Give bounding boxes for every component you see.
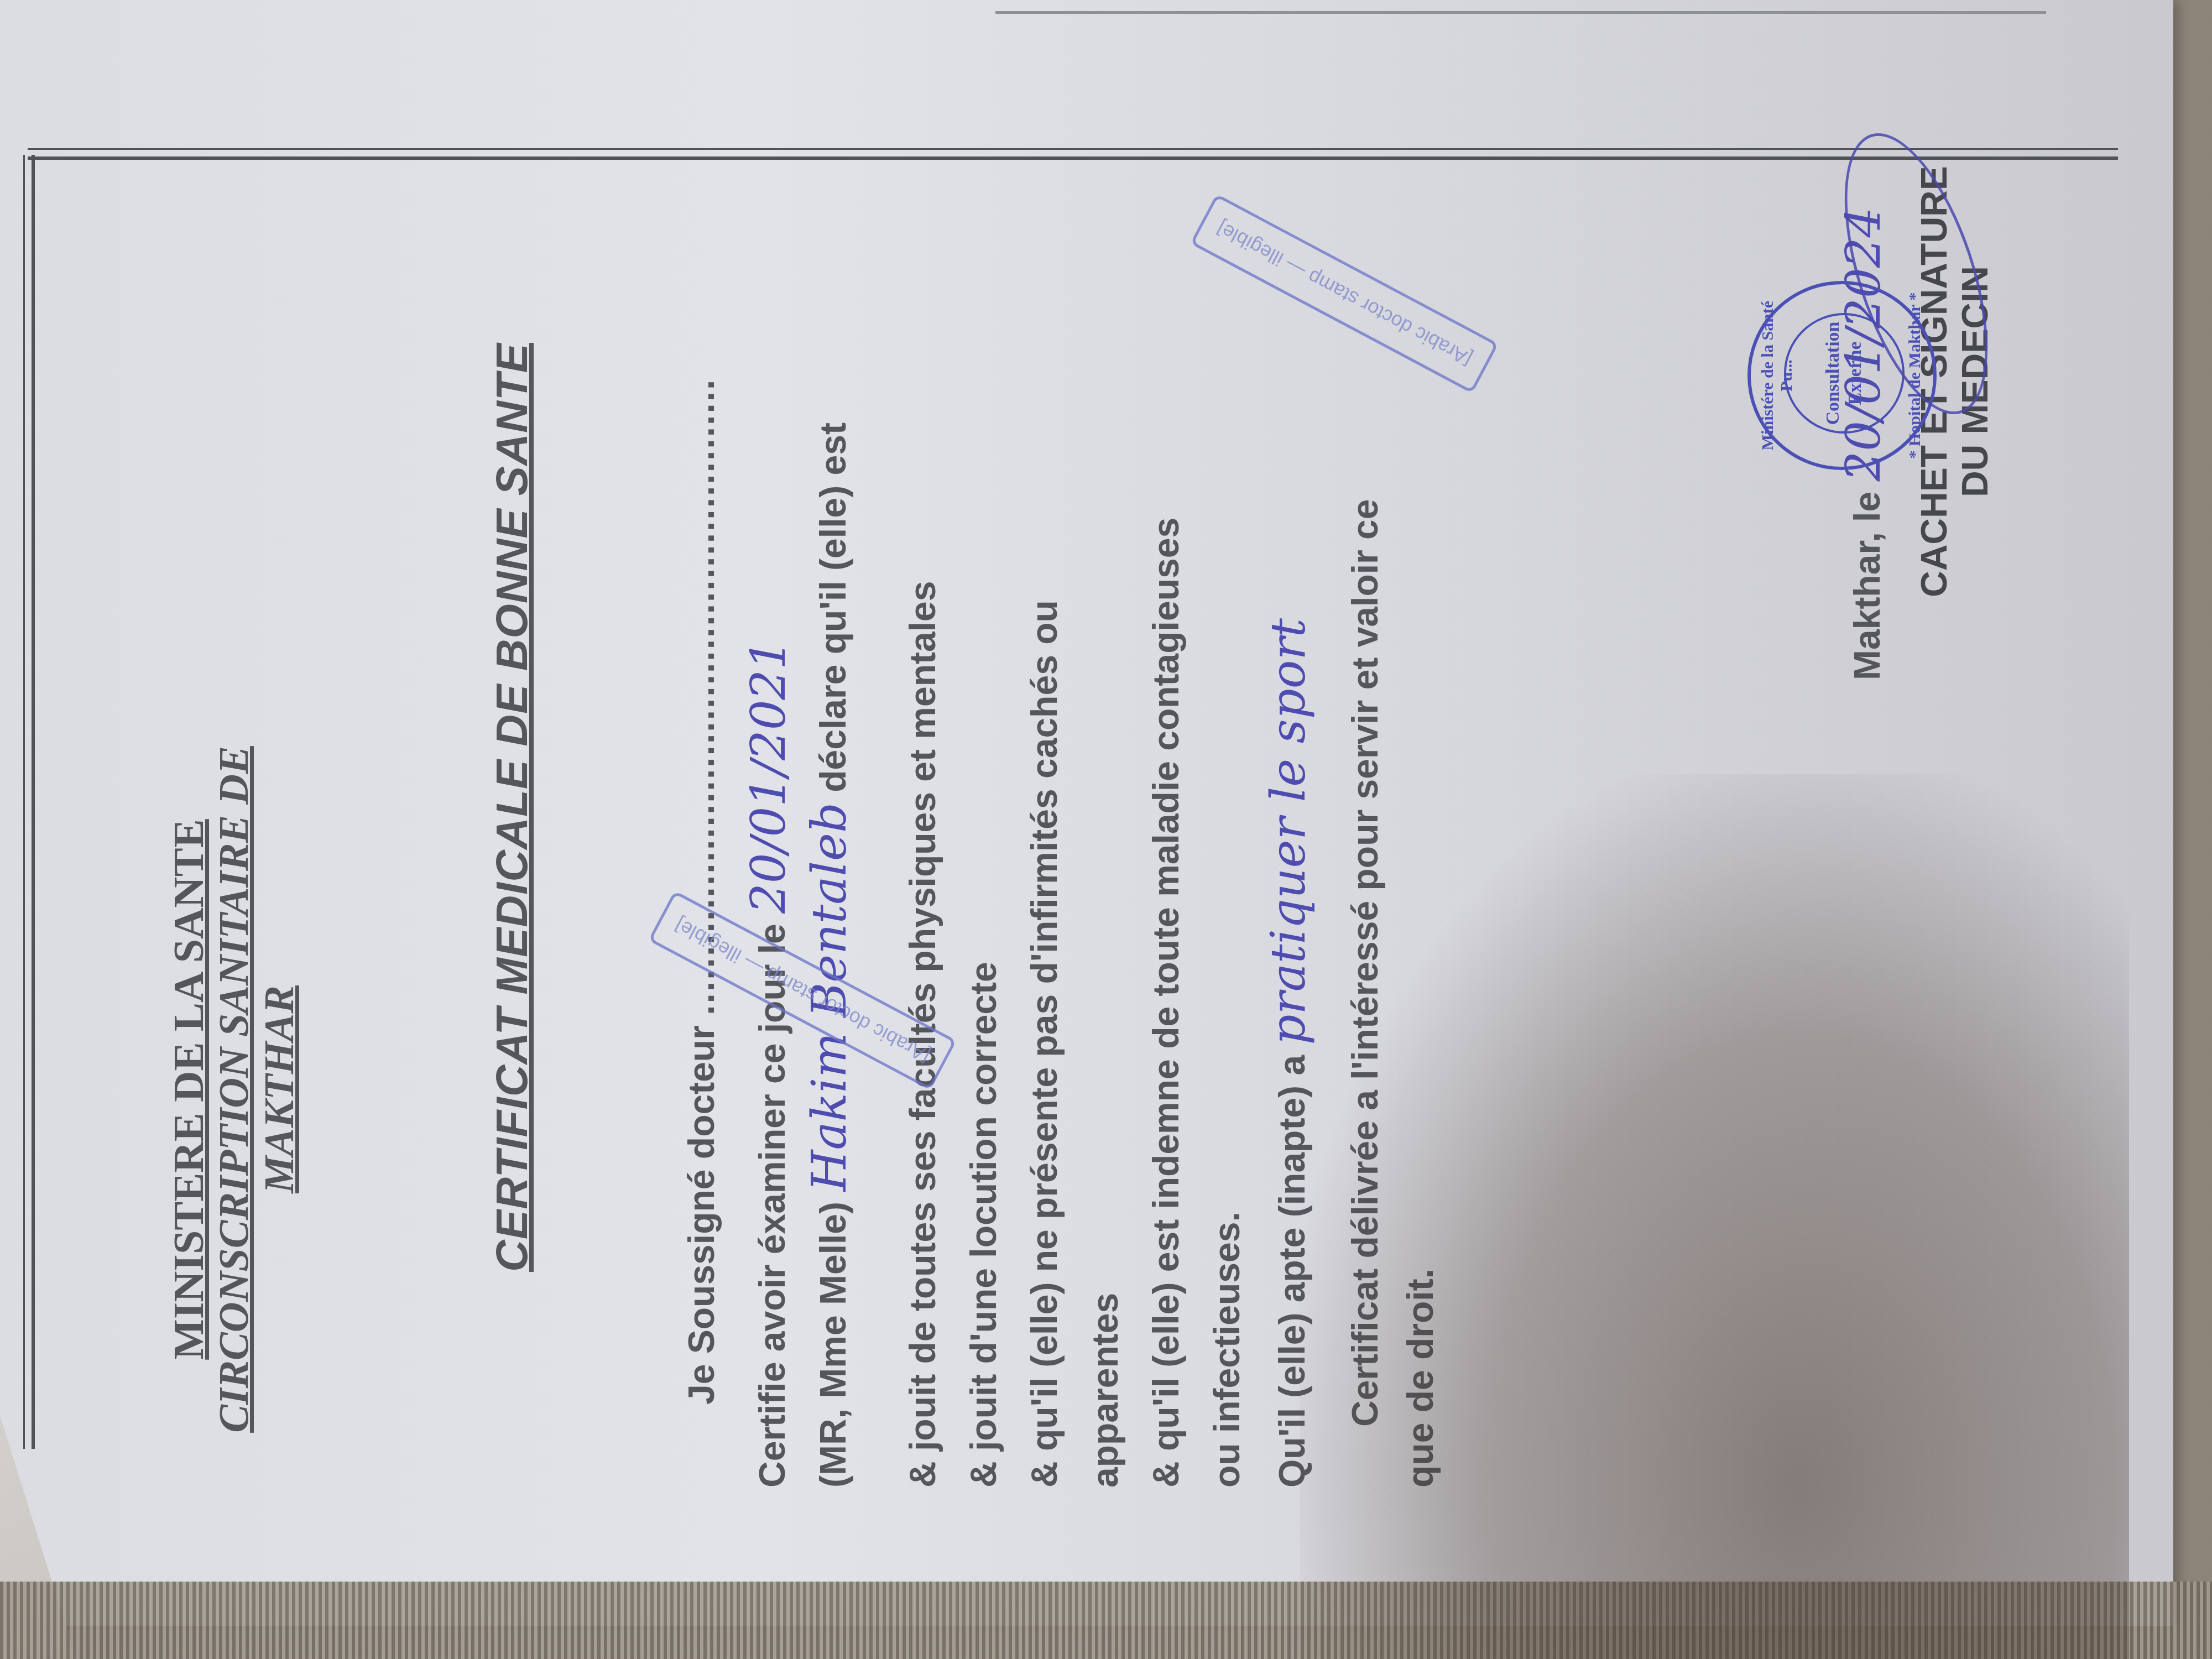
stamp-center-line-1: Consultation (1822, 315, 1844, 431)
infirmites-line: & qu'il (elle) ne présente pas d'infirmi… (1023, 600, 1065, 1488)
table-cloth (0, 1582, 2212, 1659)
doctor-stamp-bottom: [Arabic doctor stamp — illegible] (1190, 194, 1499, 393)
exam-date-handwritten: 20/01/2021 (741, 639, 796, 914)
apte-activity-handwritten: pratiquer le sport (1261, 618, 1316, 1045)
patient-label: (MR, Mme Melle) (812, 1202, 853, 1488)
ministry-name: MINISTERE DE LA SANTE (166, 675, 211, 1504)
medical-certificate: MINISTERE DE LA SANTE CIRCONSCRIPTION SA… (100, 133, 2035, 1548)
locution-line: & jouit d'une locution correcte (962, 962, 1004, 1488)
maladie-line-2: ou infectieuses. (1206, 1212, 1248, 1488)
exam-date-line: Certifie avoir éxaminer ce jour le 20/01… (741, 639, 796, 1488)
closing-line: Certificat délivrée a l'intéressé pour s… (1344, 499, 1386, 1427)
infirmites-line-2: apparentes (1084, 1293, 1126, 1488)
soussigne-line: Je Soussigné docteur ...................… (680, 378, 722, 1405)
circonscription-line: CIRCONSCRIPTION SANITAIRE DE (211, 675, 257, 1504)
doctor-stamp-text: [Arabic doctor stamp — illegible] (1213, 217, 1475, 371)
letterhead: MINISTERE DE LA SANTE CIRCONSCRIPTION SA… (166, 675, 302, 1504)
circonscription-city: MAKTHAR (257, 675, 302, 1504)
frame-border-left (23, 155, 35, 1449)
certificate-title: CERTIFICAT MEDICALE DE BONNE SANTE (487, 343, 538, 1272)
apte-label: Qu'il (elle) apte (inapte) a (1271, 1055, 1312, 1488)
closing-line-2: que de droit. (1399, 1269, 1441, 1488)
patient-line: (MR, Mme Melle) Hakim Bentaleb déclare q… (802, 422, 857, 1488)
maladie-line: & qu'il (elle) est indemne de toute mala… (1145, 518, 1187, 1488)
stamp-center-line-2: Externe (1844, 315, 1866, 431)
soussigne-label: Je Soussigné docteur (681, 1025, 722, 1405)
place-label: Makthar, le (1846, 492, 1887, 680)
declare-label: déclare qu'il (elle) est (812, 422, 853, 792)
paper-top-mark (995, 11, 2046, 14)
apte-line: Qu'il (elle) apte (inapte) a pratiquer l… (1261, 618, 1316, 1488)
